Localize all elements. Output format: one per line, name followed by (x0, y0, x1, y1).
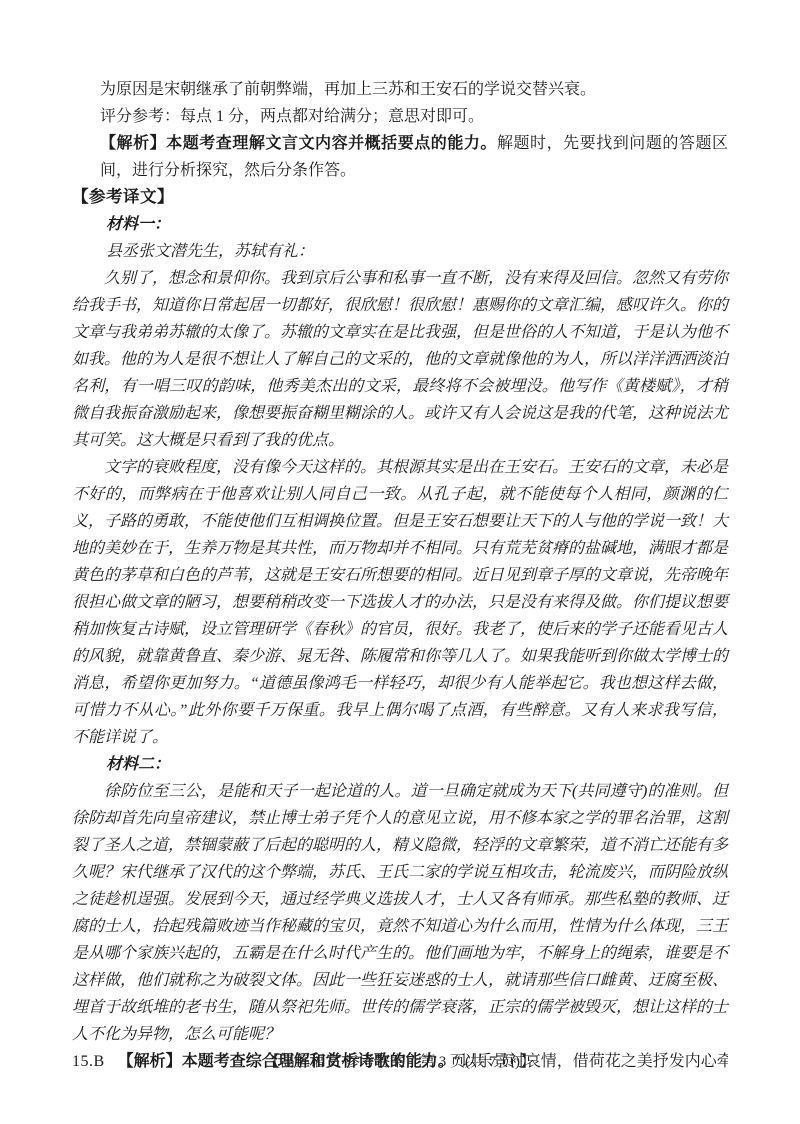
page-body: 为原因是宋朝继承了前朝弊端，再加上三苏和王安石的学说交替兴衰。 评分参考：每点 … (72, 76, 728, 1075)
material-one-label: 材料一： (106, 211, 728, 238)
material-two-label: 材料二： (106, 751, 728, 778)
previous-answer-tail-line: 为原因是宋朝继承了前朝弊端，再加上三苏和王安石的学说交替兴衰。 (100, 76, 728, 103)
analysis-14-block: 【解析】本题考查理解文言文内容并概括要点的能力。解题时，先要找到问题的答题区间，… (100, 130, 728, 184)
analysis-14-bracket-label: 【解析】 (100, 135, 166, 152)
exam-answer-sheet-page: 为原因是宋朝继承了前朝弊端，再加上三苏和王安石的学说交替兴衰。 评分参考：每点 … (0, 0, 800, 1124)
reference-translation-header: 【参考译文】 (72, 184, 728, 211)
scoring-note-line: 评分参考：每点 1 分，两点都对给满分；意思对即可。 (100, 103, 728, 130)
page-footer: 【高三语文·参考答案 第 3 页(共 7 页)】 (0, 1052, 800, 1072)
translation-paragraph: 久别了，想念和景仰你。我到京后公事和私事一直不断，没有来得及回信。忽然又有劳你给… (72, 265, 728, 454)
print-speck-artifact: .. (704, 1056, 712, 1066)
translation-paragraph: 文字的衰败程度，没有像今天这样的。其根源其实是出在王安石。王安石的文章，未必是不… (72, 454, 728, 751)
analysis-14-bold-text: 本题考查理解文言文内容并概括要点的能力。 (166, 135, 497, 152)
translation-paragraph: 徐防位至三公，是能和天子一起论道的人。道一旦确定就成为天下(共同遵守)的准则。但… (72, 778, 728, 1048)
material-one-salutation: 县丞张文潜先生，苏轼有礼： (106, 238, 728, 265)
